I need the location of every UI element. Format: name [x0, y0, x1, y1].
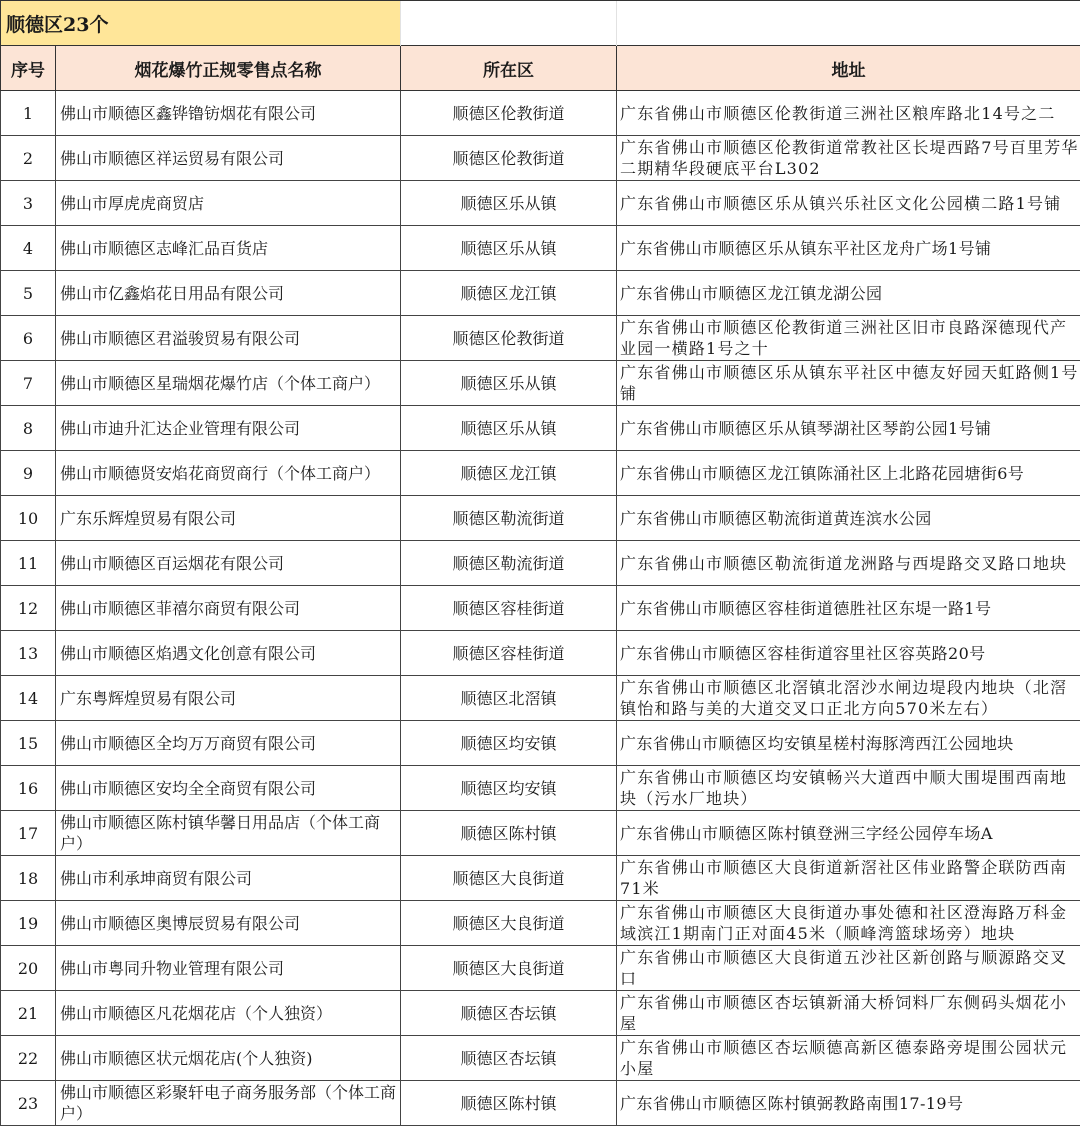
cell-name[interactable]: 佛山市顺德区彩聚轩电子商务服务部（个体工商户）: [56, 1081, 401, 1126]
cell-area[interactable]: 顺德区容桂街道: [401, 631, 617, 676]
cell-index[interactable]: 14: [1, 676, 56, 721]
cell-address[interactable]: 广东省佛山市顺德区乐从镇东平社区龙舟广场1号铺: [617, 226, 1080, 271]
cell-name[interactable]: 佛山市顺德区状元烟花店(个人独资): [56, 1036, 401, 1081]
cell-address[interactable]: 广东省佛山市顺德区勒流街道黄连滨水公园: [617, 496, 1080, 541]
cell-area[interactable]: 顺德区伦教街道: [401, 316, 617, 361]
cell-area[interactable]: 顺德区均安镇: [401, 721, 617, 766]
table-row: 23 佛山市顺德区彩聚轩电子商务服务部（个体工商户） 顺德区陈村镇 广东省佛山市…: [1, 1081, 1080, 1126]
empty-cell[interactable]: [401, 1, 617, 46]
cell-address[interactable]: 广东省佛山市顺德区伦教街道三洲社区旧市良路深德现代产业园一横路1号之十: [617, 316, 1080, 361]
cell-address[interactable]: 广东省佛山市顺德区乐从镇琴湖社区琴韵公园1号铺: [617, 406, 1080, 451]
cell-name[interactable]: 佛山市顺德区全均万万商贸有限公司: [56, 721, 401, 766]
cell-index[interactable]: 6: [1, 316, 56, 361]
cell-name[interactable]: 佛山市厚虎虎商贸店: [56, 181, 401, 226]
cell-address[interactable]: 广东省佛山市顺德区陈村镇登洲三字经公园停车场A: [617, 811, 1080, 856]
cell-area[interactable]: 顺德区乐从镇: [401, 226, 617, 271]
cell-index[interactable]: 18: [1, 856, 56, 901]
table-row: 8 佛山市迪升汇达企业管理有限公司 顺德区乐从镇 广东省佛山市顺德区乐从镇琴湖社…: [1, 406, 1080, 451]
cell-area[interactable]: 顺德区伦教街道: [401, 136, 617, 181]
cell-index[interactable]: 3: [1, 181, 56, 226]
cell-address[interactable]: 广东省佛山市顺德区乐从镇兴乐社区文化公园横二路1号铺: [617, 181, 1080, 226]
cell-index[interactable]: 8: [1, 406, 56, 451]
cell-index[interactable]: 12: [1, 586, 56, 631]
table-row: 19 佛山市顺德区奥博辰贸易有限公司 顺德区大良街道 广东省佛山市顺德区大良街道…: [1, 901, 1080, 946]
cell-address[interactable]: 广东省佛山市顺德区大良街道办事处德和社区澄海路万科金域滨江1期南门正对面45米（…: [617, 901, 1080, 946]
cell-address[interactable]: 广东省佛山市顺德区大良街道新滘社区伟业路警企联防西南71米: [617, 856, 1080, 901]
cell-address[interactable]: 广东省佛山市顺德区杏坛镇新涌大桥饲料厂东侧码头烟花小屋: [617, 991, 1080, 1036]
cell-address[interactable]: 广东省佛山市顺德区杏坛顺德高新区德泰路旁堤围公园状元小屋: [617, 1036, 1080, 1081]
header-index[interactable]: 序号: [1, 46, 56, 91]
cell-name[interactable]: 佛山市顺德贤安焰花商贸商行（个体工商户）: [56, 451, 401, 496]
table-row: 2 佛山市顺德区祥运贸易有限公司 顺德区伦教街道 广东省佛山市顺德区伦教街道常教…: [1, 136, 1080, 181]
cell-area[interactable]: 顺德区均安镇: [401, 766, 617, 811]
table-row: 4 佛山市顺德区志峰汇品百货店 顺德区乐从镇 广东省佛山市顺德区乐从镇东平社区龙…: [1, 226, 1080, 271]
cell-area[interactable]: 顺德区龙江镇: [401, 271, 617, 316]
table-row: 10 广东乐辉煌贸易有限公司 顺德区勒流街道 广东省佛山市顺德区勒流街道黄连滨水…: [1, 496, 1080, 541]
table-row: 12 佛山市顺德区菲禧尔商贸有限公司 顺德区容桂街道 广东省佛山市顺德区容桂街道…: [1, 586, 1080, 631]
cell-name[interactable]: 佛山市顺德区祥运贸易有限公司: [56, 136, 401, 181]
cell-address[interactable]: 广东省佛山市顺德区大良街道五沙社区新创路与顺源路交叉口: [617, 946, 1080, 991]
table-row: 21 佛山市顺德区凡花烟花店（个人独资） 顺德区杏坛镇 广东省佛山市顺德区杏坛镇…: [1, 991, 1080, 1036]
cell-address[interactable]: 广东省佛山市顺德区北滘镇北滘沙水闸边堤段内地块（北滘镇怡和路与美的大道交叉口正北…: [617, 676, 1080, 721]
header-row: 序号 烟花爆竹正规零售点名称 所在区 地址: [1, 46, 1080, 91]
cell-name[interactable]: 佛山市迪升汇达企业管理有限公司: [56, 406, 401, 451]
cell-address[interactable]: 广东省佛山市顺德区伦教街道三洲社区粮库路北14号之二: [617, 91, 1080, 136]
cell-area[interactable]: 顺德区龙江镇: [401, 451, 617, 496]
cell-address[interactable]: 广东省佛山市顺德区容桂街道容里社区容英路20号: [617, 631, 1080, 676]
cell-name[interactable]: 佛山市亿鑫焰花日用品有限公司: [56, 271, 401, 316]
table-row: 1 佛山市顺德区鑫铧镥钫烟花有限公司 顺德区伦教街道 广东省佛山市顺德区伦教街道…: [1, 91, 1080, 136]
cell-name[interactable]: 佛山市利承坤商贸有限公司: [56, 856, 401, 901]
cell-area[interactable]: 顺德区伦教街道: [401, 91, 617, 136]
cell-area[interactable]: 顺德区勒流街道: [401, 496, 617, 541]
cell-area[interactable]: 顺德区北滘镇: [401, 676, 617, 721]
cell-index[interactable]: 22: [1, 1036, 56, 1081]
empty-cell[interactable]: [617, 1, 1080, 46]
cell-area[interactable]: 顺德区大良街道: [401, 946, 617, 991]
cell-area[interactable]: 顺德区陈村镇: [401, 811, 617, 856]
cell-name[interactable]: 佛山市顺德区焰遇文化创意有限公司: [56, 631, 401, 676]
cell-area[interactable]: 顺德区大良街道: [401, 856, 617, 901]
cell-name[interactable]: 广东乐辉煌贸易有限公司: [56, 496, 401, 541]
cell-name[interactable]: 佛山市顺德区凡花烟花店（个人独资）: [56, 991, 401, 1036]
table-row: 11 佛山市顺德区百运烟花有限公司 顺德区勒流街道 广东省佛山市顺德区勒流街道龙…: [1, 541, 1080, 586]
table-row: 6 佛山市顺德区君溢骏贸易有限公司 顺德区伦教街道 广东省佛山市顺德区伦教街道三…: [1, 316, 1080, 361]
table-row: 9 佛山市顺德贤安焰花商贸商行（个体工商户） 顺德区龙江镇 广东省佛山市顺德区龙…: [1, 451, 1080, 496]
cell-area[interactable]: 顺德区陈村镇: [401, 1081, 617, 1126]
cell-address[interactable]: 广东省佛山市顺德区龙江镇陈涌社区上北路花园塘街6号: [617, 451, 1080, 496]
cell-index[interactable]: 19: [1, 901, 56, 946]
cell-area[interactable]: 顺德区乐从镇: [401, 406, 617, 451]
cell-address[interactable]: 广东省佛山市顺德区伦教街道常教社区长堤西路7号百里芳华二期精华段硬底平台L302: [617, 136, 1080, 181]
table-row: 5 佛山市亿鑫焰花日用品有限公司 顺德区龙江镇 广东省佛山市顺德区龙江镇龙湖公园: [1, 271, 1080, 316]
table-row: 17 佛山市顺德区陈村镇华馨日用品店（个体工商户） 顺德区陈村镇 广东省佛山市顺…: [1, 811, 1080, 856]
cell-address[interactable]: 广东省佛山市顺德区乐从镇东平社区中德友好园天虹路侧1号铺: [617, 361, 1080, 406]
cell-address[interactable]: 广东省佛山市顺德区勒流街道龙洲路与西堤路交叉路口地块: [617, 541, 1080, 586]
cell-address[interactable]: 广东省佛山市顺德区龙江镇龙湖公园: [617, 271, 1080, 316]
cell-area[interactable]: 顺德区杏坛镇: [401, 1036, 617, 1081]
table-row: 16 佛山市顺德区安均全全商贸有限公司 顺德区均安镇 广东省佛山市顺德区均安镇畅…: [1, 766, 1080, 811]
cell-name[interactable]: 佛山市顺德区志峰汇品百货店: [56, 226, 401, 271]
cell-name[interactable]: 佛山市顺德区星瑞烟花爆竹店（个体工商户）: [56, 361, 401, 406]
cell-name[interactable]: 佛山市顺德区陈村镇华馨日用品店（个体工商户）: [56, 811, 401, 856]
cell-area[interactable]: 顺德区勒流街道: [401, 541, 617, 586]
title-row: 顺德区23个: [1, 1, 1080, 46]
cell-address[interactable]: 广东省佛山市顺德区容桂街道德胜社区东堤一路1号: [617, 586, 1080, 631]
cell-name[interactable]: 佛山市顺德区鑫铧镥钫烟花有限公司: [56, 91, 401, 136]
cell-index[interactable]: 23: [1, 1081, 56, 1126]
header-area[interactable]: 所在区: [401, 46, 617, 91]
cell-area[interactable]: 顺德区乐从镇: [401, 361, 617, 406]
cell-index[interactable]: 5: [1, 271, 56, 316]
cell-name[interactable]: 广东粤辉煌贸易有限公司: [56, 676, 401, 721]
cell-index[interactable]: 10: [1, 496, 56, 541]
table-row: 3 佛山市厚虎虎商贸店 顺德区乐从镇 广东省佛山市顺德区乐从镇兴乐社区文化公园横…: [1, 181, 1080, 226]
cell-name[interactable]: 佛山市顺德区菲禧尔商贸有限公司: [56, 586, 401, 631]
cell-index[interactable]: 21: [1, 991, 56, 1036]
cell-index[interactable]: 17: [1, 811, 56, 856]
cell-index[interactable]: 15: [1, 721, 56, 766]
cell-index[interactable]: 4: [1, 226, 56, 271]
cell-name[interactable]: 佛山市粤同升物业管理有限公司: [56, 946, 401, 991]
table-row: 18 佛山市利承坤商贸有限公司 顺德区大良街道 广东省佛山市顺德区大良街道新滘社…: [1, 856, 1080, 901]
spreadsheet: 顺德区23个 序号 烟花爆竹正规零售点名称 所在区 地址 1 佛山市顺德区鑫铧镥…: [0, 0, 1080, 1128]
cell-index[interactable]: 13: [1, 631, 56, 676]
table-row: 7 佛山市顺德区星瑞烟花爆竹店（个体工商户） 顺德区乐从镇 广东省佛山市顺德区乐…: [1, 361, 1080, 406]
table-row: 13 佛山市顺德区焰遇文化创意有限公司 顺德区容桂街道 广东省佛山市顺德区容桂街…: [1, 631, 1080, 676]
header-name[interactable]: 烟花爆竹正规零售点名称: [56, 46, 401, 91]
cell-index[interactable]: 20: [1, 946, 56, 991]
cell-index[interactable]: 1: [1, 91, 56, 136]
cell-address[interactable]: 广东省佛山市顺德区陈村镇弼教路南围17-19号: [617, 1081, 1080, 1126]
cell-name[interactable]: 佛山市顺德区君溢骏贸易有限公司: [56, 316, 401, 361]
cell-area[interactable]: 顺德区杏坛镇: [401, 991, 617, 1036]
cell-area[interactable]: 顺德区大良街道: [401, 901, 617, 946]
cell-index[interactable]: 2: [1, 136, 56, 181]
table-row: 20 佛山市粤同升物业管理有限公司 顺德区大良街道 广东省佛山市顺德区大良街道五…: [1, 946, 1080, 991]
sheet-title[interactable]: 顺德区23个: [1, 1, 401, 46]
cell-index[interactable]: 7: [1, 361, 56, 406]
cell-area[interactable]: 顺德区乐从镇: [401, 181, 617, 226]
cell-address[interactable]: 广东省佛山市顺德区均安镇星槎村海豚湾西江公园地块: [617, 721, 1080, 766]
cell-index[interactable]: 11: [1, 541, 56, 586]
cell-name[interactable]: 佛山市顺德区安均全全商贸有限公司: [56, 766, 401, 811]
cell-name[interactable]: 佛山市顺德区奥博辰贸易有限公司: [56, 901, 401, 946]
cell-name[interactable]: 佛山市顺德区百运烟花有限公司: [56, 541, 401, 586]
retail-points-table: 顺德区23个 序号 烟花爆竹正规零售点名称 所在区 地址 1 佛山市顺德区鑫铧镥…: [0, 0, 1080, 1126]
cell-area[interactable]: 顺德区容桂街道: [401, 586, 617, 631]
cell-index[interactable]: 9: [1, 451, 56, 496]
table-row: 15 佛山市顺德区全均万万商贸有限公司 顺德区均安镇 广东省佛山市顺德区均安镇星…: [1, 721, 1080, 766]
cell-index[interactable]: 16: [1, 766, 56, 811]
table-row: 14 广东粤辉煌贸易有限公司 顺德区北滘镇 广东省佛山市顺德区北滘镇北滘沙水闸边…: [1, 676, 1080, 721]
table-row: 22 佛山市顺德区状元烟花店(个人独资) 顺德区杏坛镇 广东省佛山市顺德区杏坛顺…: [1, 1036, 1080, 1081]
cell-address[interactable]: 广东省佛山市顺德区均安镇畅兴大道西中顺大围堤围西南地块（污水厂地块）: [617, 766, 1080, 811]
header-address[interactable]: 地址: [617, 46, 1080, 91]
